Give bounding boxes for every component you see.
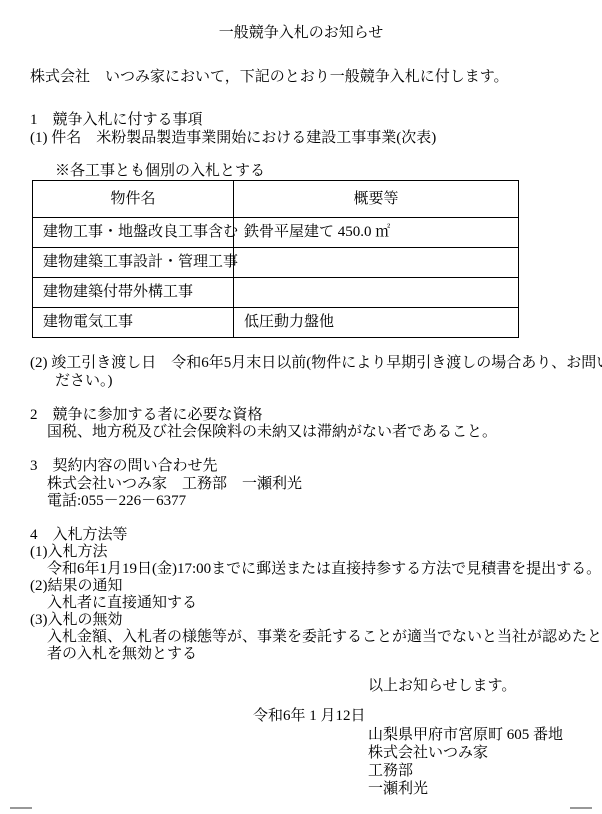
section2-body: 国税、地方税及び社会保険料の未納又は滞納がない者であること。: [47, 424, 497, 441]
document-date: 令和6年 1 月12日: [253, 708, 366, 725]
document-title: 一般競争入札のお知らせ: [0, 25, 602, 42]
table-row: 建物建築付帯外構工事: [33, 278, 519, 308]
section4-item2-body: 入札者に直接通知する: [47, 595, 197, 612]
section4-item1-body: 令和6年1月19日(金)17:00までに郵送または直接持参する方法で見積書を提出…: [47, 561, 601, 578]
section1-heading: 1 競争入札に付する事項: [30, 112, 203, 129]
cell-summary: 低圧動力盤他: [234, 308, 519, 338]
section3-phone: 電話:055－226－6377: [47, 493, 186, 510]
cell-summary: 鉄骨平屋建て 450.0 ㎡: [234, 218, 519, 248]
table-note: ※各工事とも個別の入札とする: [55, 163, 265, 180]
cell-property-name: 建物建築工事設計・管理工事: [33, 248, 234, 278]
footer-rule-right: [570, 807, 592, 809]
cell-summary: [234, 248, 519, 278]
section3-heading: 3 契約内容の問い合わせ先: [30, 458, 218, 475]
section3-contact: 株式会社いつみ家 工務部 一瀬利光: [47, 476, 302, 493]
section4-heading: 4 入札方法等: [30, 527, 128, 544]
section1-item1-subject: (1) 件名 米粉製品製造事業開始における建設工事事業(次表): [30, 130, 436, 147]
cell-property-name: 建物建築付帯外構工事: [33, 278, 234, 308]
section4-item2-label: (2)結果の通知: [30, 578, 123, 595]
table-header-row: 物件名 概要等: [33, 181, 519, 218]
section1-item2-handover-line2: ださい。): [55, 373, 113, 390]
table-row: 建物建築工事設計・管理工事: [33, 248, 519, 278]
table-row: 建物工事・地盤改良工事含む 鉄骨平屋建て 450.0 ㎡: [33, 218, 519, 248]
section1-item2-handover-line1: (2) 竣工引き渡し日 令和6年5月末日以前(物件により早期引き渡しの場合あり、…: [30, 355, 602, 372]
properties-table: 物件名 概要等 建物工事・地盤改良工事含む 鉄骨平屋建て 450.0 ㎡ 建物建…: [32, 180, 519, 338]
column-header-summary: 概要等: [234, 181, 519, 218]
column-header-property-name: 物件名: [33, 181, 234, 218]
section4-item1-label: (1)入札方法: [30, 544, 108, 561]
cell-summary: [234, 278, 519, 308]
intro-paragraph: 株式会社 いつみ家において，下記のとおり一般競争入札に付します。: [30, 69, 509, 86]
signature-department: 工務部: [368, 763, 413, 780]
cell-property-name: 建物工事・地盤改良工事含む: [33, 218, 234, 248]
section4-item3-body-line1: 入札金額、入札者の様態等が、事業を委託することが適当でないと当社が認めたときは、…: [47, 629, 602, 646]
section4-item3-body-line2: 者の入札を無効とする: [47, 646, 197, 663]
section4-item3-label: (3)入札の無効: [30, 612, 123, 629]
section2-heading: 2 競争に参加する者に必要な資格: [30, 407, 263, 424]
footer-rule-left: [10, 807, 32, 809]
table-row: 建物電気工事 低圧動力盤他: [33, 308, 519, 338]
signature-person: 一瀬利光: [368, 781, 428, 798]
signature-address: 山梨県甲府市宮原町 605 番地: [368, 727, 563, 744]
signature-company: 株式会社いつみ家: [368, 745, 488, 762]
document-page: 一般競争入札のお知らせ 株式会社 いつみ家において，下記のとおり一般競争入札に付…: [0, 0, 602, 814]
closing-statement: 以上お知らせします。: [368, 678, 516, 695]
cell-property-name: 建物電気工事: [33, 308, 234, 338]
